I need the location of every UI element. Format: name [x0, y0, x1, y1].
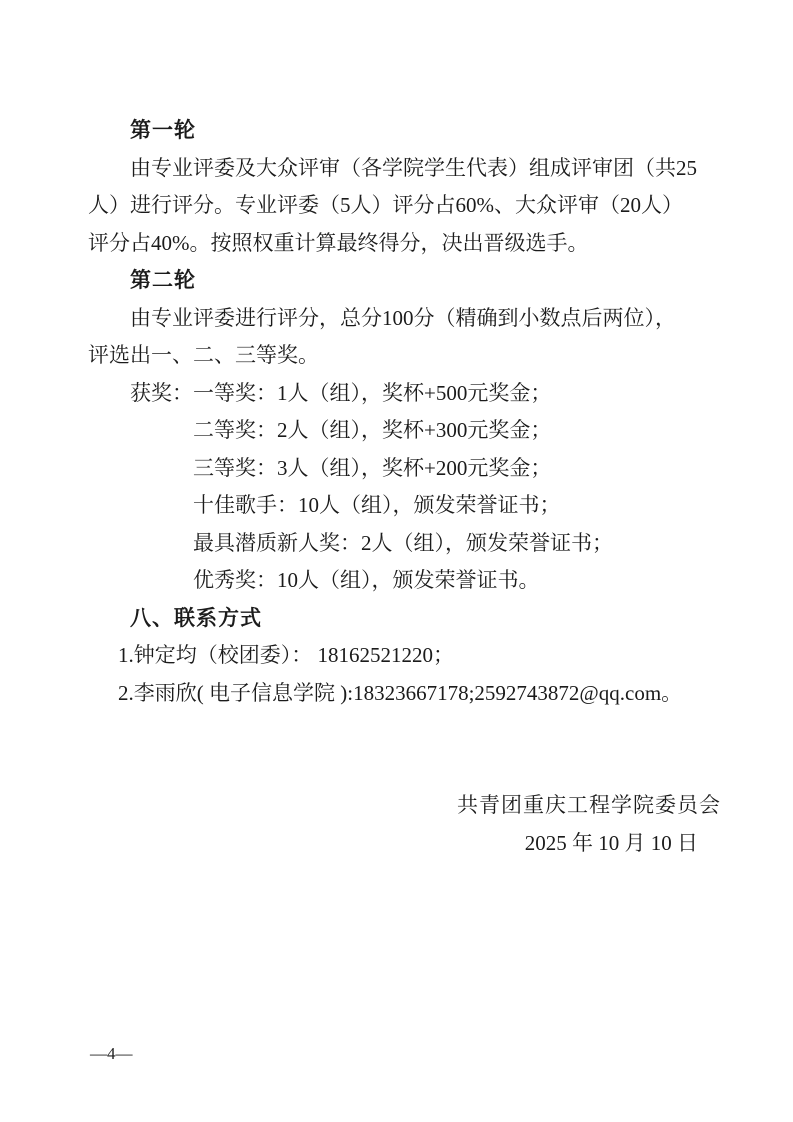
- text-line: 由专业评委及大众评审（各学院学生代表）组成评审团（共25: [88, 150, 708, 188]
- text-line: 人）进行评分。专业评委（5人）评分占60%、大众评审（20人）: [88, 187, 708, 225]
- page-number: —4—: [90, 1042, 133, 1066]
- heading-round-1: 第一轮: [88, 112, 708, 150]
- spacer: [88, 712, 708, 750]
- signature-date: 2025 年 10 月 10 日: [88, 825, 698, 863]
- text-line: 由专业评委进行评分，总分100分（精确到小数点后两位），: [88, 300, 708, 338]
- award-line-top-ten: 十佳歌手：10人（组），颁发荣誉证书；: [88, 487, 708, 525]
- award-line-second-prize: 二等奖：2人（组），奖杯+300元奖金；: [88, 412, 708, 450]
- text-line: 评选出一、二、三等奖。: [88, 337, 708, 375]
- heading-contact: 八、联系方式: [88, 600, 708, 638]
- signature-committee: 共青团重庆工程学院委员会: [88, 787, 721, 825]
- document-page: 第一轮由专业评委及大众评审（各学院学生代表）组成评审团（共25人）进行评分。专业…: [0, 0, 793, 1122]
- document-body: 第一轮由专业评委及大众评审（各学院学生代表）组成评审团（共25人）进行评分。专业…: [88, 112, 708, 862]
- heading-round-2: 第二轮: [88, 262, 708, 300]
- contact-line-2: 2.李雨欣( 电子信息学院 ):18323667178;2592743872@q…: [88, 675, 708, 713]
- contact-line-1: 1.钟定均（校团委）： 18162521220；: [88, 637, 708, 675]
- text-line: 评分占40%。按照权重计算最终得分，决出晋级选手。: [88, 225, 708, 263]
- award-line-newcomer: 最具潜质新人奖：2人（组），颁发荣誉证书；: [88, 525, 708, 563]
- award-line-first-prize: 获奖：一等奖：1人（组），奖杯+500元奖金；: [88, 375, 708, 413]
- award-line-excellence: 优秀奖：10人（组），颁发荣誉证书。: [88, 562, 708, 600]
- spacer: [88, 750, 708, 788]
- award-line-third-prize: 三等奖：3人（组），奖杯+200元奖金；: [88, 450, 708, 488]
